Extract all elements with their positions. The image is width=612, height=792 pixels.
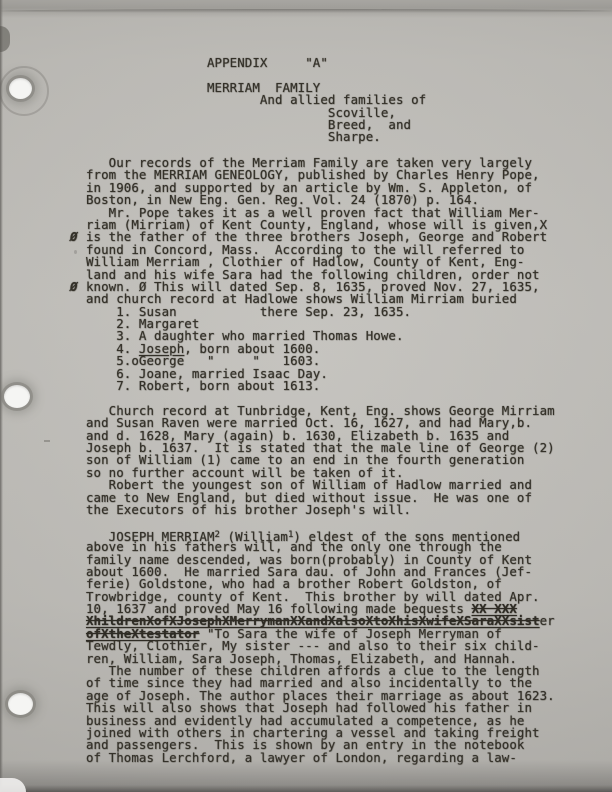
page-body-text: Our records of the Merriam Family are ta… xyxy=(0,157,612,764)
typewritten-text: the Executors of his brother Joseph's wi… xyxy=(86,502,411,517)
text-line: the Executors of his brother Joseph's wi… xyxy=(86,504,612,516)
typewritten-text: Sharpe. xyxy=(86,129,381,144)
text-line: of Thomas Lerchford, a lawyer of London,… xyxy=(86,752,612,764)
margin-annotation-mark: Ø xyxy=(70,231,78,243)
typewritten-text: of Thomas Lerchford, a lawyer of London,… xyxy=(86,750,517,765)
page-header-text: APPENDIX "A" MERRIAM FAMILY And allied f… xyxy=(0,56,612,143)
typewritten-text: er xyxy=(540,613,555,628)
text-line xyxy=(86,516,612,528)
typewritten-text: 7. Robert, born about 1613. xyxy=(86,378,320,393)
text-line: Sharpe. xyxy=(86,130,612,142)
paper-corner-notch-bottom xyxy=(0,778,26,792)
paper-crease xyxy=(0,9,612,13)
scanned-page: APPENDIX "A" MERRIAM FAMILY And allied f… xyxy=(0,0,612,792)
text-line: 7. Robert, born about 1613. xyxy=(86,380,612,392)
margin-annotation-mark: Ø xyxy=(70,281,78,293)
paper-corner-notch-top xyxy=(0,26,10,52)
text-line: APPENDIX "A" xyxy=(86,56,612,68)
